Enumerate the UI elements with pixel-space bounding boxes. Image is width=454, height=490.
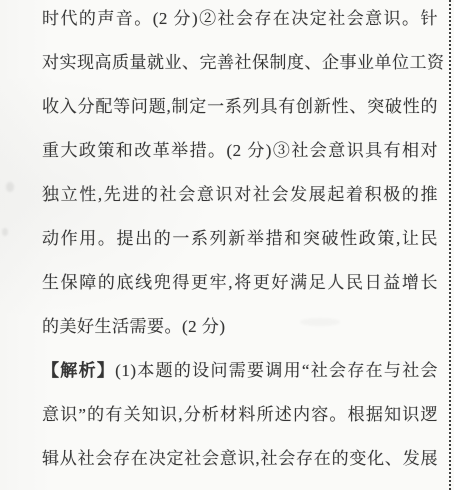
answer-text-line: 对实现高质量就业、完善社保制度、企事业单位工资 [42,41,438,85]
page-edge-dotted-divider [449,0,451,490]
analysis-text-line: 【解析】(1)本题的设问需要调用“社会存在与社会 [42,349,438,393]
analysis-label: 【解析】 [42,361,115,380]
analysis-text-line: 意识”的有关知识,分析材料所述内容。根据知识逻 [42,393,438,437]
analysis-text-line: 辑从社会存在决定社会意识,社会存在的变化、发展 [42,437,438,481]
answer-text-line: 动作用。提出的一系列新举措和突破性政策,让民 [42,217,438,261]
answer-text-line: 的美好生活需要。(2 分) [42,305,438,349]
analysis-text: (1)本题的设问需要调用“社会存在与社会 [115,361,438,380]
answer-text-line: 生保障的底线兜得更牢,将更好满足人民日益增长 [42,261,438,305]
answer-text-line: 收入分配等问题,制定一系列具有创新性、突破性的 [42,85,438,129]
answer-text-line: 时代的声音。(2 分)②社会存在决定社会意识。针 [42,0,438,41]
text-block: 时代的声音。(2 分)②社会存在决定社会意识。针 对实现高质量就业、完善社保制度… [42,0,438,481]
scanned-document-page: 时代的声音。(2 分)②社会存在决定社会意识。针 对实现高质量就业、完善社保制度… [0,0,454,490]
scan-smudge [6,182,14,192]
scan-smudge [300,318,340,326]
answer-text-line: 重大政策和改革举措。(2 分)③社会意识具有相对 [42,129,438,173]
answer-text-line: 独立性,先进的社会意识对社会发展起着积极的推 [42,173,438,217]
scan-smudge [2,228,8,236]
